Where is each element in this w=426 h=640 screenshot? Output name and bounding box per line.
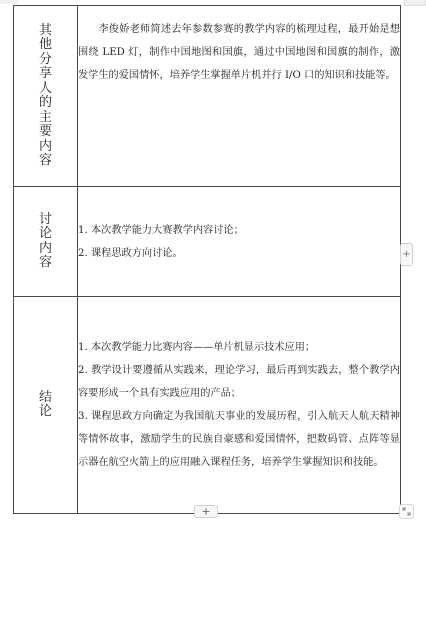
meeting-record-table: 其 他 分 享 人 的 主 要 内 容 李俊娇老师简述去年参数参赛的教学内容的梳… [13, 5, 401, 514]
plus-icon: + [201, 505, 210, 518]
label-char: 主 [39, 111, 52, 126]
label-char: 论 [39, 227, 52, 242]
discussion-item: 2. 课程思政方向讨论。 [78, 242, 400, 265]
table-resize-handle[interactable] [399, 504, 414, 519]
resize-diagonal-icon [400, 505, 413, 518]
label-char: 容 [39, 256, 52, 271]
label-char: 结 [39, 391, 52, 406]
page-corner-right [404, 0, 426, 6]
label-char: 享 [39, 67, 52, 82]
conclusion-item: 1. 本次教学能力比赛内容——单片机显示技术应用； [78, 336, 400, 359]
label-char: 内 [39, 140, 52, 155]
sharer-summary-paragraph: 李俊娇老师简述去年参数参赛的教学内容的梳理过程，最开始是想围绕 LED 灯，制作… [78, 18, 400, 87]
table-row-other-sharer: 其 他 分 享 人 的 主 要 内 容 李俊娇老师简述去年参数参赛的教学内容的梳… [14, 6, 401, 187]
row-content-cell[interactable]: 李俊娇老师简述去年参数参赛的教学内容的梳理过程，最开始是想围绕 LED 灯，制作… [78, 6, 401, 187]
label-char: 内 [39, 242, 52, 257]
row-label-cell[interactable]: 结 论 [14, 297, 78, 514]
conclusion-item: 3. 课程思政方向确定为我国航天事业的发展历程，引入航天人航天精神等情怀故事，激… [78, 405, 400, 474]
row-label-other-sharer-content: 其 他 分 享 人 的 主 要 内 容 [39, 24, 52, 169]
label-char: 其 [39, 24, 52, 39]
row-label-discussion-content: 讨 论 内 容 [39, 213, 52, 271]
table-row-discussion-content: 讨 论 内 容 1. 本次教学能力大赛教学内容讨论； 2. 课程思政方向讨论。 [14, 187, 401, 297]
label-char: 要 [39, 125, 52, 140]
label-char: 他 [39, 38, 52, 53]
label-char: 容 [39, 154, 52, 169]
row-label-conclusion: 结 论 [39, 391, 52, 420]
label-char: 论 [39, 405, 52, 420]
plus-icon: + [402, 249, 410, 260]
page-corner-left [0, 0, 18, 4]
add-column-button[interactable]: + [400, 243, 413, 266]
row-content-cell[interactable]: 1. 本次教学能力大赛教学内容讨论； 2. 课程思政方向讨论。 [78, 187, 401, 297]
discussion-item: 1. 本次教学能力大赛教学内容讨论； [78, 219, 400, 242]
label-char: 讨 [39, 213, 52, 228]
label-char: 人 [39, 82, 52, 97]
label-char: 分 [39, 53, 52, 68]
table-row-conclusion: 结 论 1. 本次教学能力比赛内容——单片机显示技术应用； 2. 教学设计要遵循… [14, 297, 401, 514]
label-char: 的 [39, 96, 52, 111]
row-label-cell[interactable]: 讨 论 内 容 [14, 187, 78, 297]
row-label-cell[interactable]: 其 他 分 享 人 的 主 要 内 容 [14, 6, 78, 187]
add-row-button[interactable]: + [194, 505, 218, 518]
row-content-cell[interactable]: 1. 本次教学能力比赛内容——单片机显示技术应用； 2. 教学设计要遵循从实践来… [78, 297, 401, 514]
conclusion-item: 2. 教学设计要遵循从实践来，理论学习，最后再到实践去，整个教学内容要形成一个具… [78, 359, 400, 405]
